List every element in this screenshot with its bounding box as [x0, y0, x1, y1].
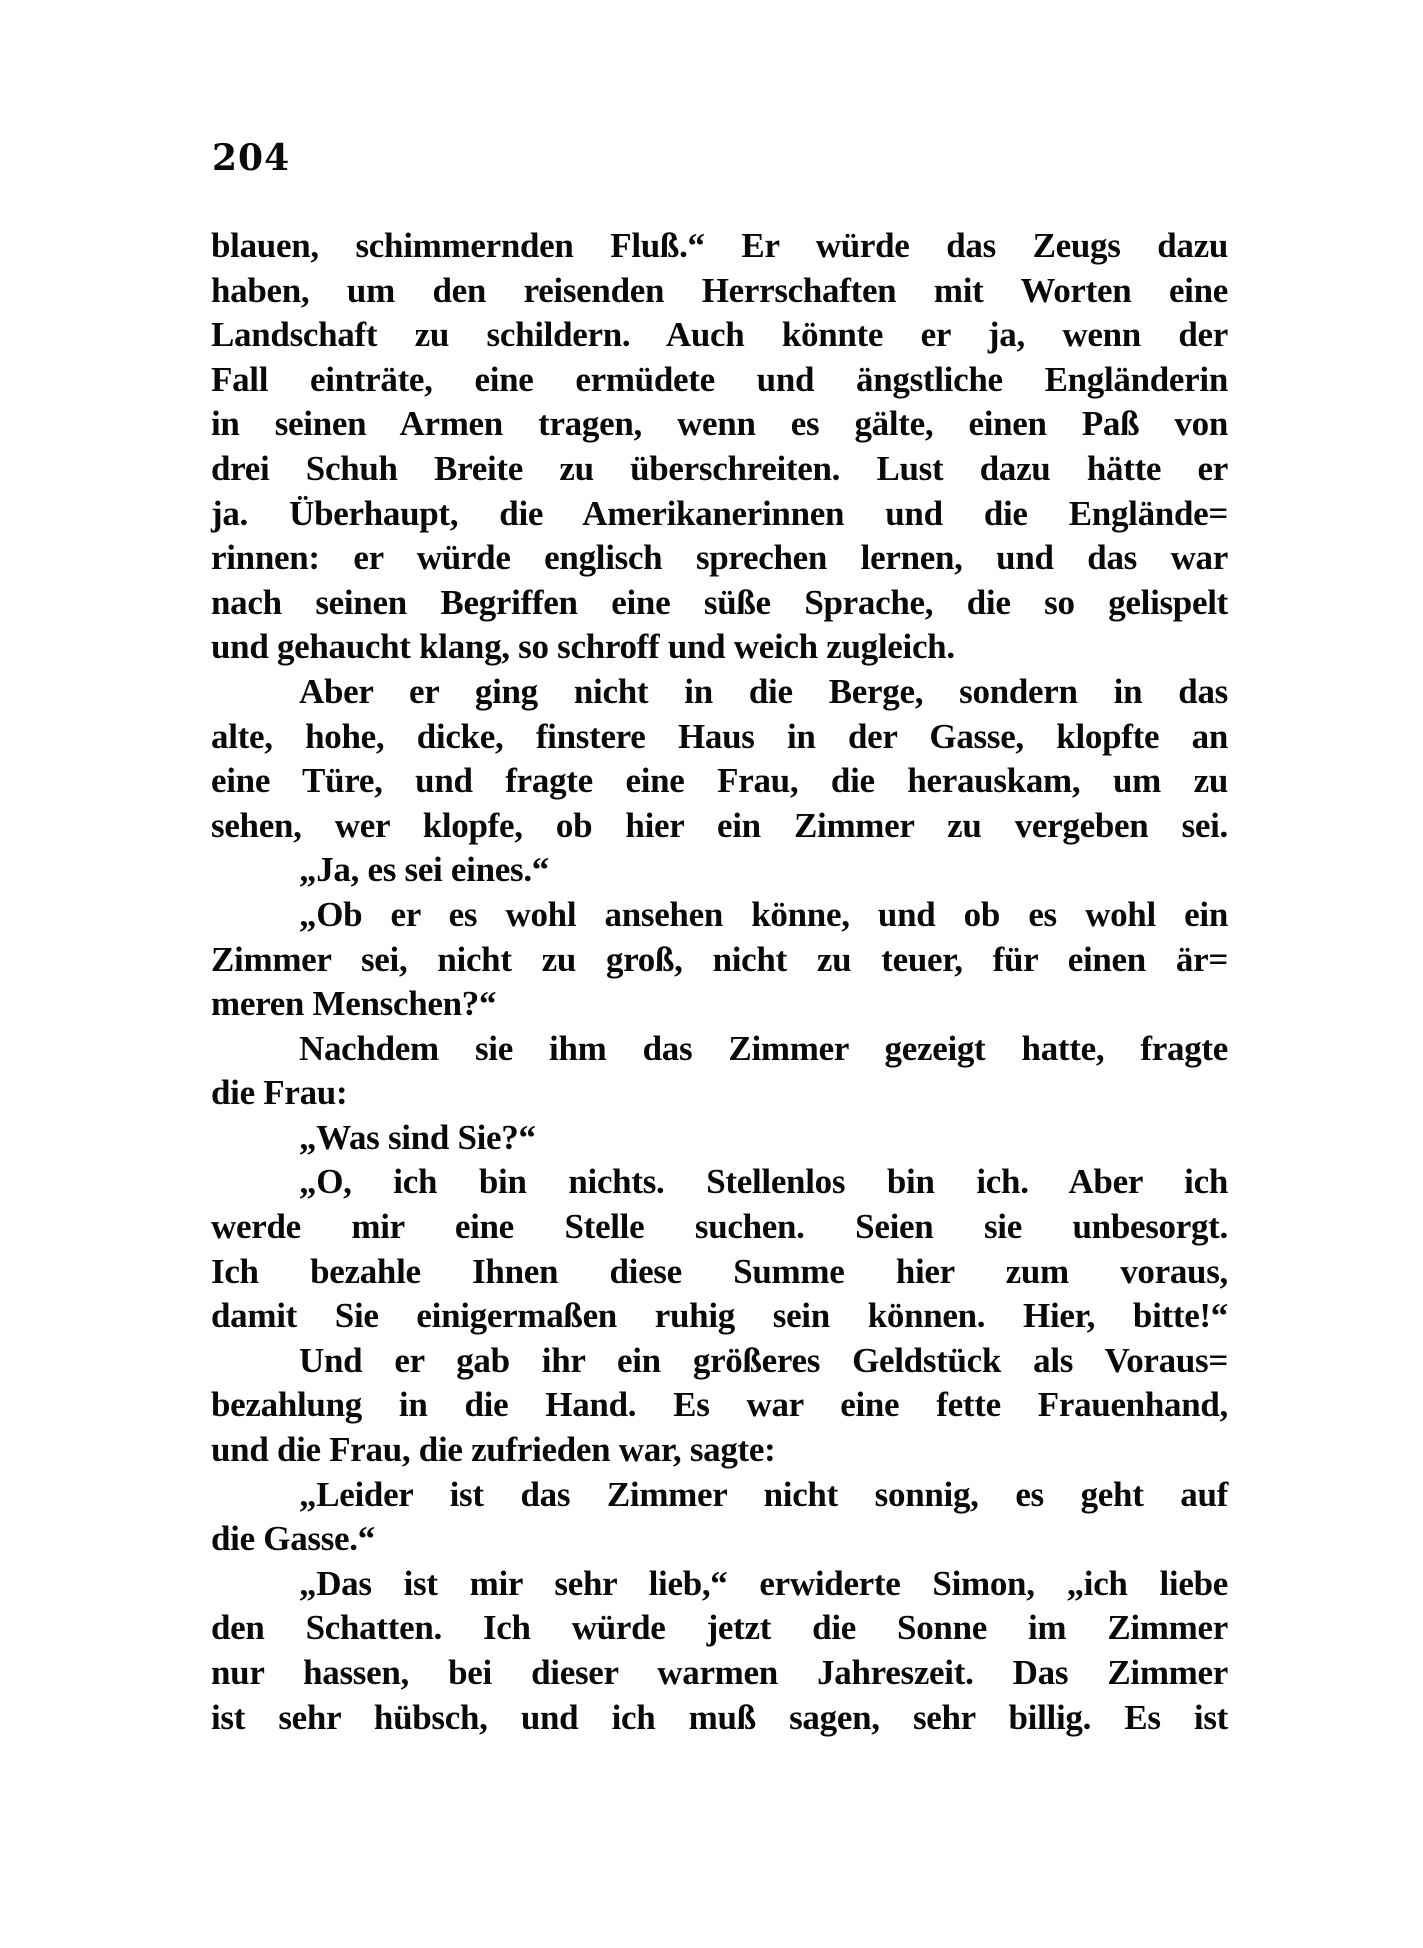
- text-line: den Schatten. Ich würde jetzt die Sonne …: [211, 1606, 1228, 1651]
- text-line: haben, um den reisenden Herrschaften mit…: [211, 269, 1228, 314]
- text-line: ist sehr hübsch, und ich muß sagen, sehr…: [211, 1696, 1228, 1741]
- text-line: und die Frau, die zufrieden war, sagte:: [211, 1428, 1228, 1473]
- text-line: alte, hohe, dicke, finstere Haus in der …: [211, 715, 1228, 760]
- text-line: meren Menschen?“: [211, 982, 1228, 1027]
- text-line: damit Sie einigermaßen ruhig sein können…: [211, 1294, 1228, 1339]
- text-line: Landschaft zu schildern. Auch könnte er …: [211, 313, 1228, 358]
- text-line: werde mir eine Stelle suchen. Seien sie …: [211, 1205, 1228, 1250]
- text-line: eine Türe, und fragte eine Frau, die her…: [211, 759, 1228, 804]
- text-line: nur hassen, bei dieser warmen Jahreszeit…: [211, 1651, 1228, 1696]
- text-line: „Ja, es sei eines.“: [211, 848, 1228, 893]
- text-line: die Gasse.“: [211, 1517, 1228, 1562]
- text-line: „Ob er es wohl ansehen könne, und ob es …: [211, 893, 1228, 938]
- text-line: Zimmer sei, nicht zu groß, nicht zu teue…: [211, 938, 1228, 983]
- text-line: Und er gab ihr ein größeres Geldstück al…: [211, 1339, 1228, 1384]
- text-line: Ich bezahle Ihnen diese Summe hier zum v…: [211, 1250, 1228, 1295]
- page-number: 204: [212, 138, 290, 178]
- text-line: sehen, wer klopfe, ob hier ein Zimmer zu…: [211, 804, 1228, 849]
- text-line: rinnen: er würde englisch sprechen lerne…: [211, 536, 1228, 581]
- text-line: Aber er ging nicht in die Berge, sondern…: [211, 670, 1228, 715]
- text-line: die Frau:: [211, 1071, 1228, 1116]
- text-line: drei Schuh Breite zu überschreiten. Lust…: [211, 447, 1228, 492]
- text-line: „Was sind Sie?“: [211, 1116, 1228, 1161]
- text-line: „Leider ist das Zimmer nicht sonnig, es …: [211, 1473, 1228, 1518]
- text-line: Nachdem sie ihm das Zimmer gezeigt hatte…: [211, 1027, 1228, 1072]
- text-line: ja. Überhaupt, die Amerikanerinnen und d…: [211, 492, 1228, 537]
- book-page: 204 blauen, schimmernden Fluß.“ Er würde…: [0, 0, 1423, 1948]
- text-line: „Das ist mir sehr lieb,“ erwiderte Simon…: [211, 1562, 1228, 1607]
- text-line: bezahlung in die Hand. Es war eine fette…: [211, 1383, 1228, 1428]
- text-line: Fall einträte, eine ermüdete und ängstli…: [211, 358, 1228, 403]
- text-line: nach seinen Begriffen eine süße Sprache,…: [211, 581, 1228, 626]
- text-line: und gehaucht klang, so schroff und weich…: [211, 625, 1228, 670]
- body-text: blauen, schimmernden Fluß.“ Er würde das…: [211, 224, 1228, 1740]
- text-line: in seinen Armen tragen, wenn es gälte, e…: [211, 402, 1228, 447]
- text-line: „O, ich bin nichts. Stellenlos bin ich. …: [211, 1160, 1228, 1205]
- text-line: blauen, schimmernden Fluß.“ Er würde das…: [211, 224, 1228, 269]
